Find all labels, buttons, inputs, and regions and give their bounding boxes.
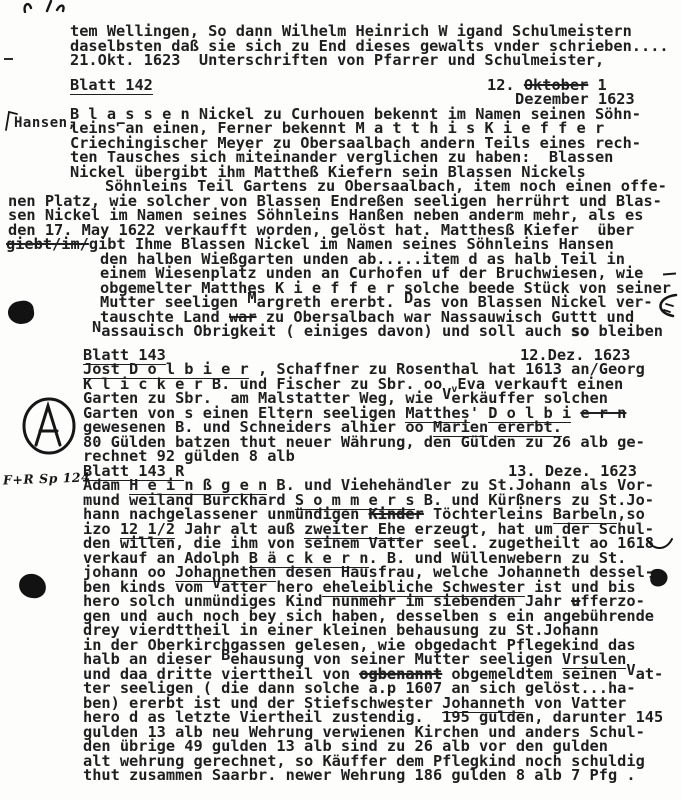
text-segment: bleiben [589, 322, 663, 340]
text-segment: thut zusammen Saarbr. newer Wehrung 186 … [83, 766, 636, 784]
text-segment: 21.Okt. 1623 Unterschriften von Pfarrer … [70, 51, 604, 69]
hansen-margin-label: Hansen, [14, 115, 77, 131]
document-page: tem Wellingen, So dann Wilhelm Heinrich … [0, 0, 681, 800]
text-segment: V [626, 661, 635, 679]
archival-reference-note: F+R Sp 124 [3, 469, 91, 487]
text-line: 21.Okt. 1623 Unterschriften von Pfarrer … [70, 53, 681, 68]
text-segment: B [221, 646, 230, 664]
circled-a-annotation [21, 397, 79, 455]
text-line: thut zusammen Saarbr. newer Wehrung 186 … [83, 768, 681, 783]
text-segment [571, 404, 580, 422]
text-segment: e r n [580, 404, 626, 422]
document-body: tem Wellingen, So dann Wilhelm Heinrich … [0, 24, 681, 783]
text-segment: M [247, 289, 256, 307]
smile-doodle-right [644, 536, 676, 554]
text-segment: Blatt 142 [70, 76, 153, 95]
stray-pen-mark-top-left [20, 0, 66, 13]
text-segment: ⌐ [116, 115, 125, 133]
text-segment: V [212, 574, 221, 592]
text-segment: so [571, 322, 589, 340]
text-line: Nassauisch Obrigkeit ( einiges davon) un… [92, 324, 681, 339]
paren-doodle-right [646, 292, 680, 320]
text-segment: V [442, 385, 451, 403]
text-segment: at- [636, 665, 664, 683]
margin-dash-mark [4, 58, 13, 60]
text-segment: giebt/im/ [6, 235, 89, 253]
scribble-blot-right [645, 567, 671, 589]
text-segment: assauisch Obrigkeit ( einiges davon) und… [101, 322, 571, 340]
text-segment: N [92, 318, 101, 336]
text-segment: D [404, 289, 413, 307]
